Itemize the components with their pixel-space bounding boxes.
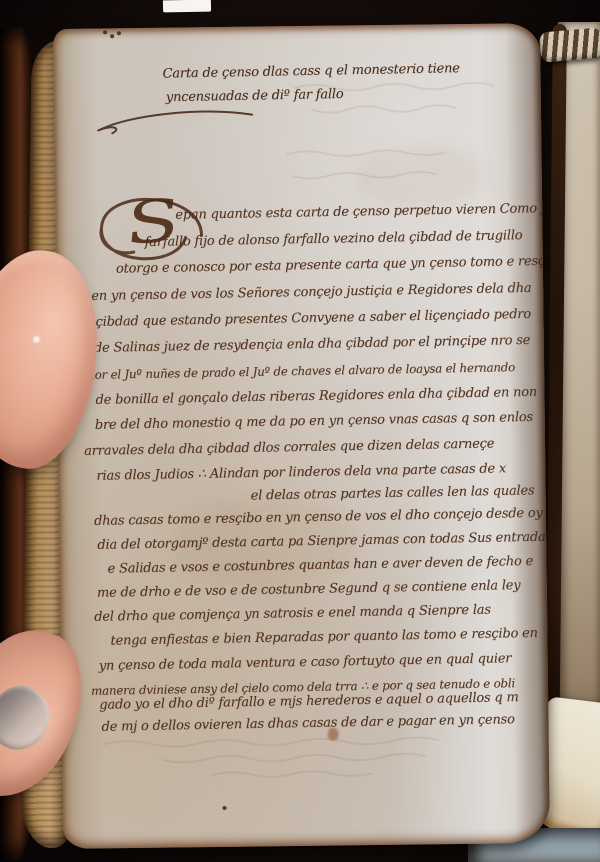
manuscript-page: Carta de çenso dlas cass q el monesterio… (53, 23, 550, 849)
fingernail (0, 676, 60, 760)
skin-highlight (33, 336, 40, 343)
manuscript-photo: Carta de çenso dlas cass q el monesterio… (0, 0, 600, 862)
page-curl-shadow (480, 23, 550, 844)
headband-stitching (539, 27, 600, 62)
heading-flourish (92, 102, 262, 136)
paper-bookmark-tab (163, 0, 211, 12)
